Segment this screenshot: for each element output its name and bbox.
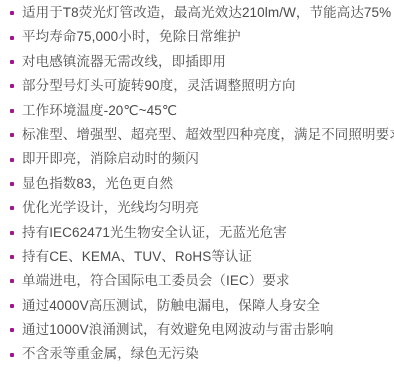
list-item: 通过1000V浪涌测试，有效避免电网波动与雷击影响 xyxy=(8,318,392,342)
bullet-icon xyxy=(10,279,14,283)
list-item: 平均寿命75,000小时，免除日常维护 xyxy=(8,25,392,49)
feature-list: 适用于T8荧光灯管改造，最高光效达210lm/W，节能高达75% 平均寿命75,… xyxy=(0,0,394,367)
feature-text: 通过1000V浪涌测试，有效避免电网波动与雷击影响 xyxy=(22,318,334,342)
feature-text: 标准型、增强型、超亮型、超效型四种亮度，满足不同照明要求 xyxy=(22,123,394,147)
list-item: 部分型号灯头可旋转90度，灵活调整照明方向 xyxy=(8,74,392,98)
list-item: 持有CE、KEMA、TUV、RoHS等认证 xyxy=(8,245,392,269)
bullet-icon xyxy=(10,353,14,357)
feature-text: 持有CE、KEMA、TUV、RoHS等认证 xyxy=(22,245,252,269)
list-item: 标准型、增强型、超亮型、超效型四种亮度，满足不同照明要求 xyxy=(8,123,392,147)
bullet-icon xyxy=(10,158,14,162)
list-item: 优化光学设计，光线均匀明亮 xyxy=(8,196,392,220)
feature-text: 工作环境温度-20℃~45℃ xyxy=(22,99,177,123)
bullet-icon xyxy=(10,133,14,137)
bullet-icon xyxy=(10,109,14,113)
list-item: 不含汞等重金属，绿色无污染 xyxy=(8,342,392,366)
list-item: 单端进电，符合国际电工委员会（IEC）要求 xyxy=(8,269,392,293)
bullet-icon xyxy=(10,182,14,186)
bullet-icon xyxy=(10,60,14,64)
feature-text: 不含汞等重金属，绿色无污染 xyxy=(22,342,199,366)
bullet-icon xyxy=(10,206,14,210)
bullet-icon xyxy=(10,231,14,235)
feature-text: 持有IEC62471光生物安全认证，无蓝光危害 xyxy=(22,221,287,245)
list-item: 持有IEC62471光生物安全认证，无蓝光危害 xyxy=(8,221,392,245)
bullet-icon xyxy=(10,255,14,259)
feature-text: 平均寿命75,000小时，免除日常维护 xyxy=(22,25,241,49)
bullet-icon xyxy=(10,84,14,88)
bullet-icon xyxy=(10,11,14,15)
feature-text: 即开即亮，消除启动时的频闪 xyxy=(22,147,199,171)
feature-text: 部分型号灯头可旋转90度，灵活调整照明方向 xyxy=(22,74,296,98)
feature-text: 通过4000V高压测试，防触电漏电，保障人身安全 xyxy=(22,294,320,318)
feature-text: 显色指数83，光色更自然 xyxy=(22,172,173,196)
list-item: 通过4000V高压测试，防触电漏电，保障人身安全 xyxy=(8,294,392,318)
list-item: 对电感镇流器无需改线，即插即用 xyxy=(8,50,392,74)
list-item: 显色指数83，光色更自然 xyxy=(8,172,392,196)
feature-text: 单端进电，符合国际电工委员会（IEC）要求 xyxy=(22,269,290,293)
feature-text: 优化光学设计，光线均匀明亮 xyxy=(22,196,199,220)
list-item: 适用于T8荧光灯管改造，最高光效达210lm/W，节能高达75% xyxy=(8,1,392,25)
bullet-icon xyxy=(10,36,14,40)
list-item: 即开即亮，消除启动时的频闪 xyxy=(8,147,392,171)
feature-text: 对电感镇流器无需改线，即插即用 xyxy=(22,50,226,74)
bullet-icon xyxy=(10,328,14,332)
bullet-icon xyxy=(10,304,14,308)
list-item: 工作环境温度-20℃~45℃ xyxy=(8,99,392,123)
feature-text: 适用于T8荧光灯管改造，最高光效达210lm/W，节能高达75% xyxy=(22,1,391,25)
